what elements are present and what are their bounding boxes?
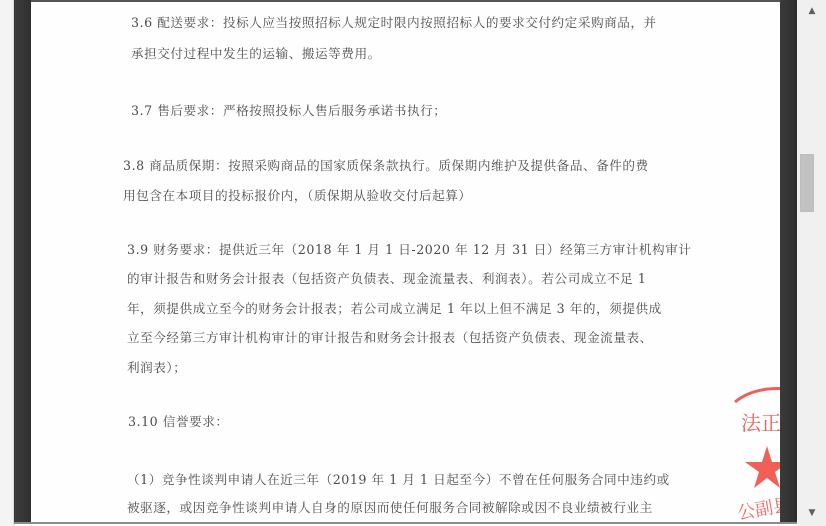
page-frame-right: [780, 0, 797, 524]
left-gutter: [0, 0, 14, 526]
text-line-3-9-d: 立至今经第三方审计机构审计的审计报告和财务会计报表（包括资产负债表、现金流量表、: [127, 330, 653, 346]
text-line-3-9-a: 3.9 财务要求：提供近三年（2018 年 1 月 1 日-2020 年 12 …: [127, 242, 691, 258]
text-line-3-7: 3.7 售后要求：严格按照投标人售后服务承诺书执行；: [131, 103, 446, 119]
text-line-3-8-b: 用包含在本项目的投标报价内，（质保期从验收交付后起算）: [123, 188, 472, 204]
text-line-3-10-1-a: （1）竞争性谈判申请人在近三年（2019 年 1 月 1 日起至今）不曾在任何服…: [127, 472, 670, 488]
page-frame-left: [14, 0, 31, 524]
text-line-3-6-a: 3.6 配送要求：投标人应当按照招标人规定时限内按照招标人的要求交付约定采购商品…: [131, 15, 657, 31]
vertical-scrollbar-track[interactable]: [797, 0, 826, 526]
text-line-3-9-c: 年，须提供成立至今的财务会计报表；若公司成立满足 1 年以上但不满足 3 年的，…: [127, 301, 662, 317]
text-line-3-10: 3.10 信誉要求：: [128, 414, 229, 430]
text-line-3-8-a: 3.8 商品质保期：按照采购商品的国家质保条款执行。质保期内维护及提供备品、备件…: [123, 158, 649, 174]
document-page: 3.6 配送要求：投标人应当按照招标人规定时限内按照招标人的要求交付约定采购商品…: [31, 2, 780, 522]
scroll-up-arrow-icon[interactable]: ▲: [798, 2, 826, 20]
text-line-3-9-e: 利润表）；: [127, 360, 186, 376]
page-bottom-border: [14, 522, 797, 524]
text-line-3-10-1-b: 被驱逐，或因竞争性谈判申请人自身的原因而使任何服务合同被解除或因不良业绩被行业主: [127, 500, 653, 516]
scroll-down-arrow-icon[interactable]: ▼: [798, 504, 826, 522]
text-line-3-6-b: 承担交付过程中发生的运输、搬运等费用。: [131, 46, 381, 62]
vertical-scrollbar-thumb[interactable]: [800, 154, 814, 212]
text-line-3-9-b: 的审计报告和财务会计报表（包括资产负债表、现金流量表、利润表）。若公司成立不足 …: [127, 271, 646, 287]
